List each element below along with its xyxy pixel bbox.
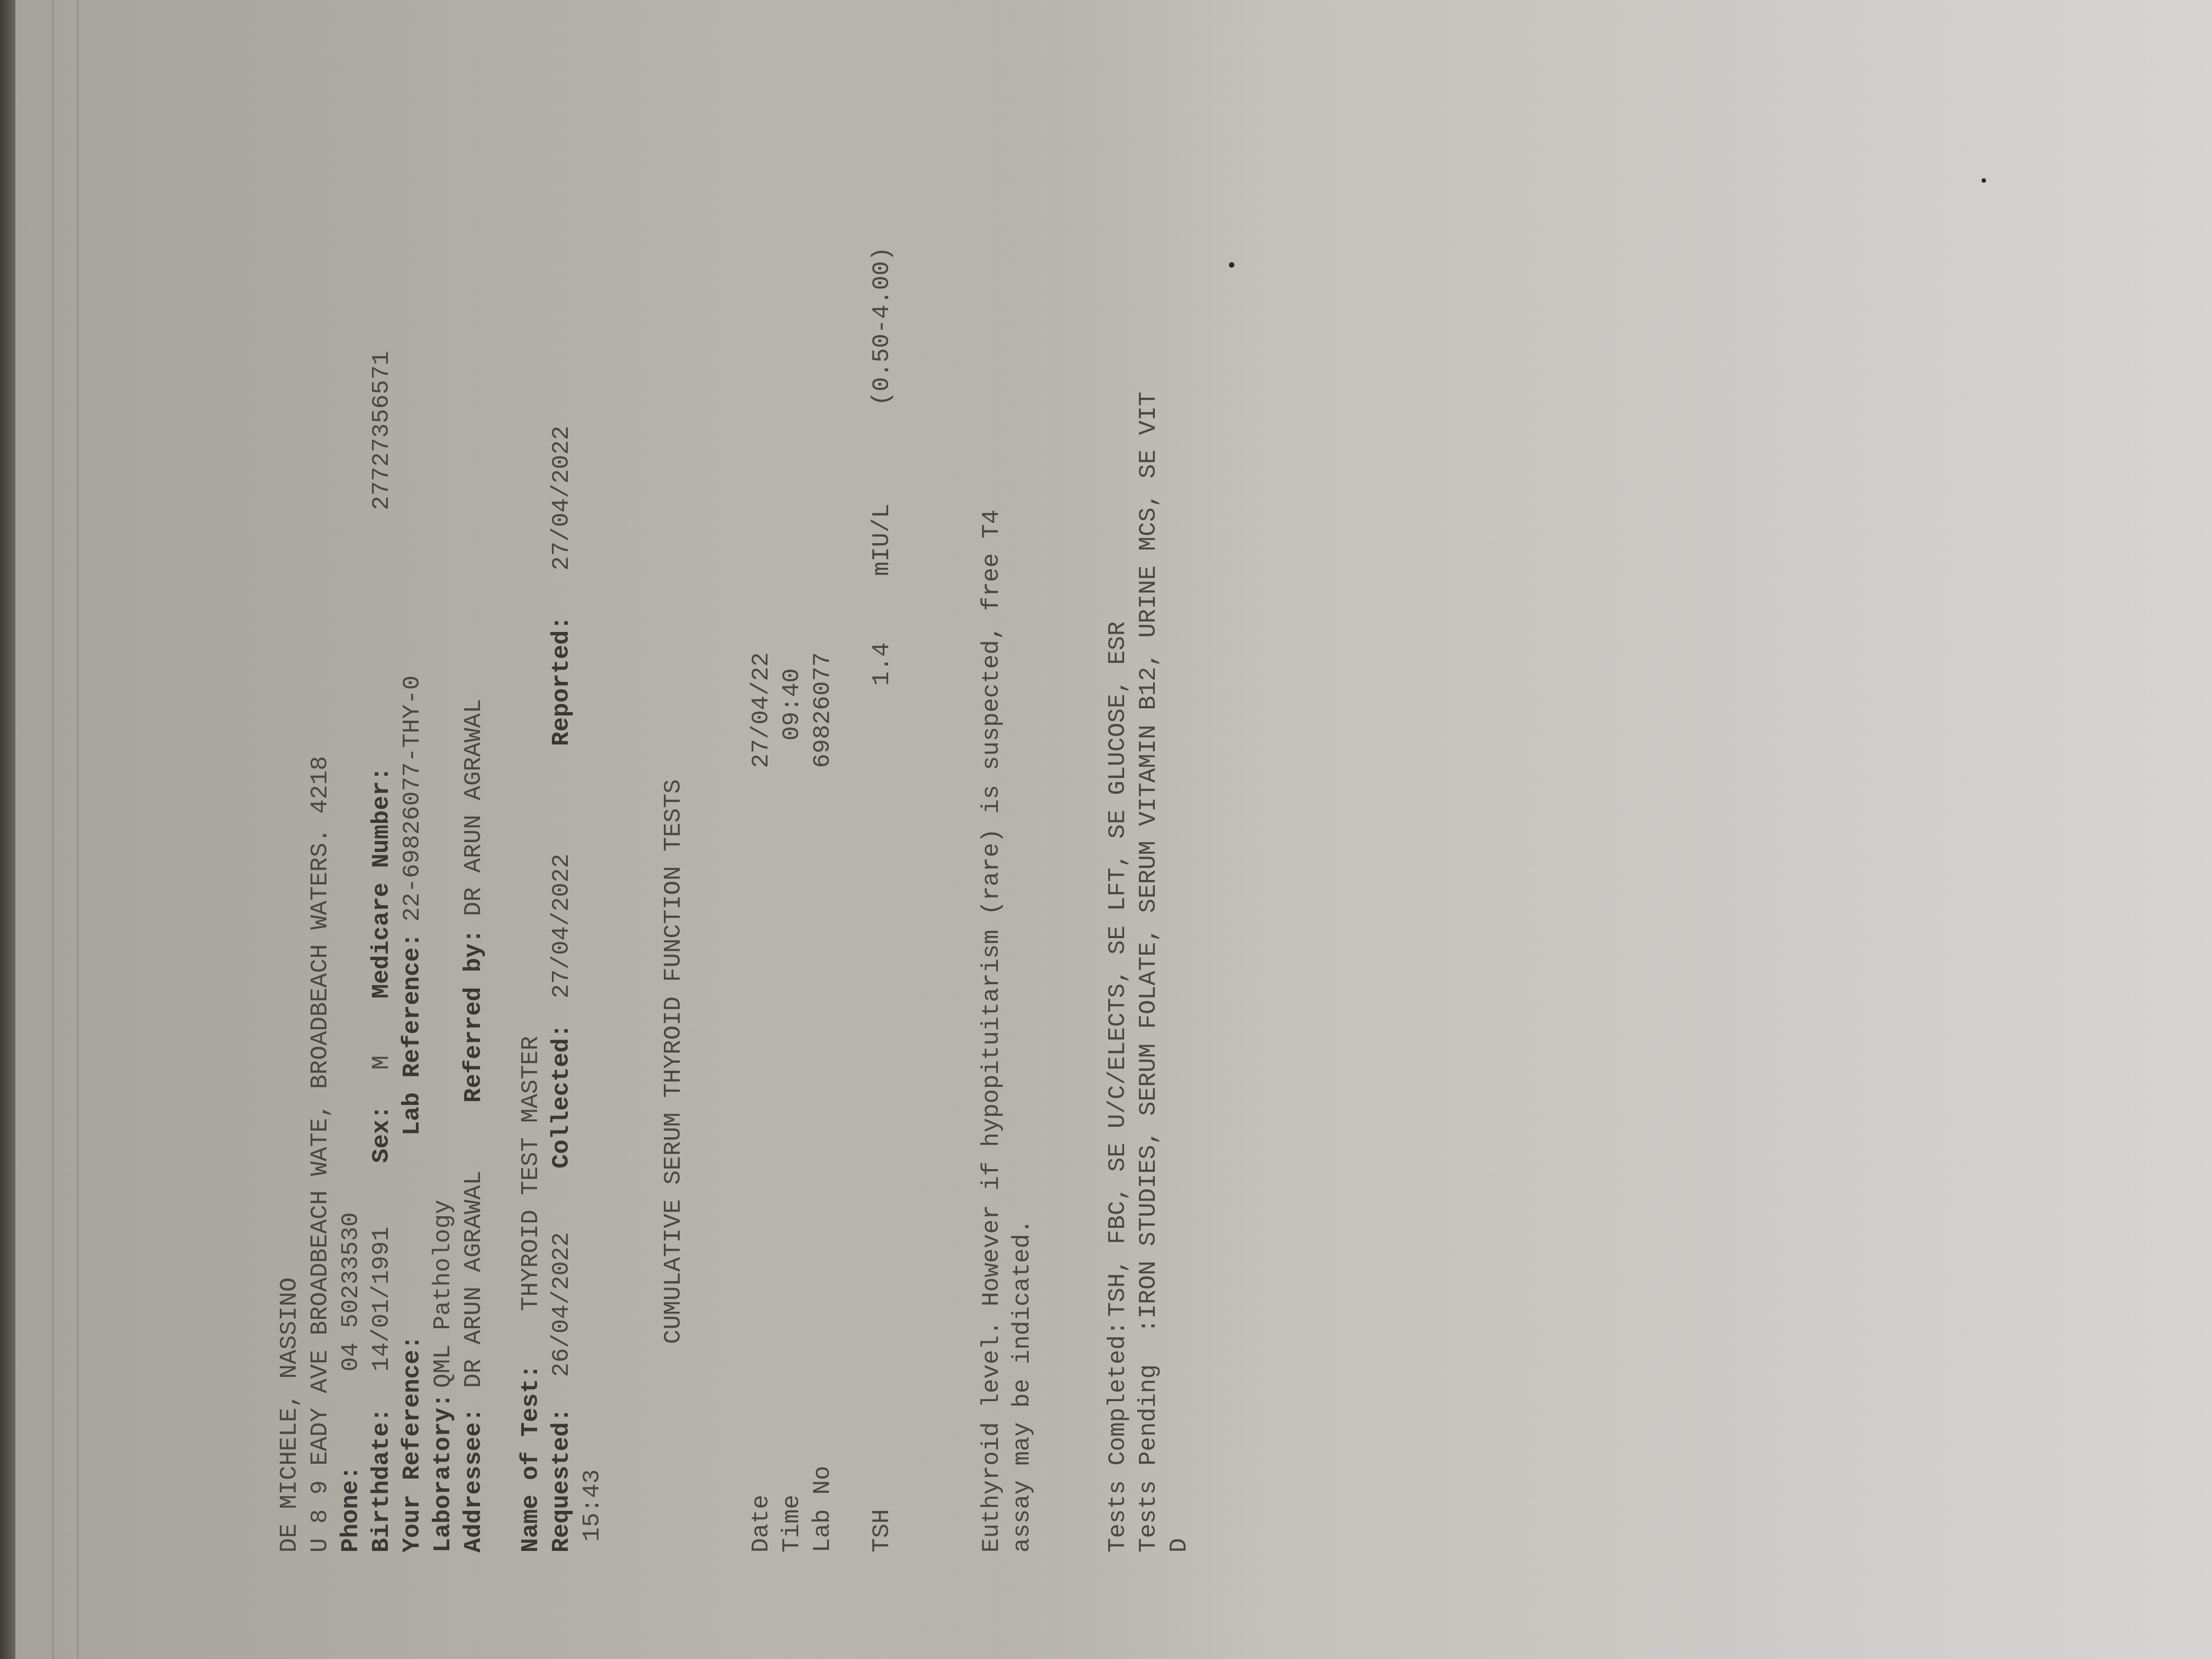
paper-edge: [77, 0, 78, 1659]
sex-label: Sex:: [366, 1105, 397, 1163]
row-label-date: Date: [746, 1494, 777, 1553]
row-label-lab-no: Lab No: [808, 1466, 838, 1553]
addressee-label: Addressee:: [459, 1408, 489, 1553]
laboratory-value: QML Pathology: [428, 1200, 459, 1388]
lab-reference-value: 22-69826077-THY-0: [397, 675, 428, 922]
paper-edge: [52, 0, 54, 1659]
requested-value: 26/04/2022: [546, 1232, 577, 1377]
patient-name: DE MICHELE, NASSINO: [274, 1277, 305, 1553]
reported-value: 27/04/2022: [546, 426, 577, 571]
tests-completed-value: TSH, FBC, SE U/C/ELECTS, SE LFT, SE GLUC…: [1103, 622, 1133, 1317]
collected-value: 27/04/2022: [546, 854, 577, 998]
requested-label: Requested:: [546, 1408, 577, 1553]
patient-address: U 8 9 EADY AVE BROADBEACH WATE, BROADBEA…: [305, 756, 336, 1553]
tests-completed-label: Tests Completed:: [1103, 1321, 1133, 1553]
referred-by-label: Referred by:: [459, 929, 489, 1103]
tsh-label: TSH: [867, 1509, 898, 1553]
birthdate-value: 14/01/1991: [366, 1227, 397, 1372]
lab-report-page: DE MICHELE, NASSINO U 8 9 EADY AVE BROAD…: [274, 71, 1262, 1553]
referred-by-value: DR ARUN AGRAWAL: [459, 699, 489, 916]
laboratory-label: Laboratory:: [428, 1393, 459, 1553]
collected-label: Collected:: [546, 1024, 577, 1169]
phone-label: Phone:: [336, 1466, 366, 1553]
medicare-value: 27727356571: [366, 351, 397, 510]
row-value-time: 09:40: [777, 668, 808, 741]
tests-pending-value: :IRON STUDIES, SERUM FOLATE, SERUM VITAM…: [1133, 392, 1164, 1333]
medicare-label: Medicare Number:: [366, 767, 397, 998]
comment-line-1: Euthyroid level. However if hypopituitar…: [977, 510, 1007, 1553]
paper-speck: [1982, 178, 1986, 183]
test-name-label: Name of Test:: [516, 1364, 546, 1553]
phone-value: 04 50233530: [336, 1212, 366, 1372]
tsh-reference-range: (0.50-4.00): [867, 247, 898, 406]
row-label-time: Time: [777, 1494, 808, 1553]
cumulative-title: CUMULATIVE SERUM THYROID FUNCTION TESTS: [658, 779, 689, 1344]
birthdate-label: Birthdate:: [366, 1408, 397, 1553]
your-reference-label: Your Reference:: [397, 1335, 428, 1553]
background-surface: [0, 0, 15, 1659]
tests-pending-wrap: D: [1164, 1538, 1195, 1553]
addressee-value: DR ARUN AGRAWAL: [459, 1171, 489, 1388]
row-value-date: 27/04/22: [746, 652, 777, 768]
test-name-value: THYROID TEST MASTER: [516, 1036, 546, 1311]
tests-pending-label: Tests Pending: [1133, 1364, 1164, 1553]
comment-line-2: assay may be indicated.: [1007, 1220, 1038, 1553]
sex-value: M: [366, 1056, 397, 1070]
tsh-value: 1.4: [867, 642, 898, 686]
lab-reference-label: Lab Reference:: [397, 933, 428, 1136]
reported-label: Reported:: [546, 616, 577, 746]
tsh-unit: mIU/L: [867, 504, 898, 576]
requested-time: 15:43: [577, 1469, 608, 1542]
row-value-lab-no: 69826077: [808, 652, 838, 768]
